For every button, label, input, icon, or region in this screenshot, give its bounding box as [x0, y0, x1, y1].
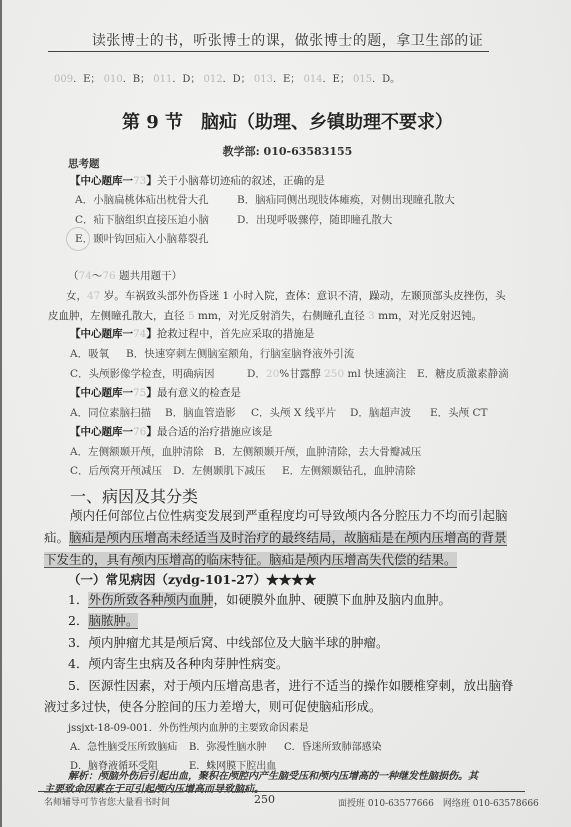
highlighted-text: 脑脓肿。 — [88, 613, 138, 629]
q73-option-e: E．颞叶钩回疝入小脑幕裂孔 — [75, 231, 209, 246]
q73-option-c: C．疝下脑组织直接压迫小脑 — [75, 212, 209, 227]
importance-stars: ★★★★ — [266, 572, 316, 587]
etiology-paragraph-line-2: 疝。脑疝是颅内压增高未经适当及时治疗的最终结局，故脑疝是在颅内压增高的背景 — [44, 527, 507, 549]
document-page: 读张博士的书，听张博士的课，做张博士的题，拿卫生部的证 009．E； 010．B… — [0, 0, 571, 827]
shared-stem-label: （74～76 题共用题干） — [68, 268, 182, 283]
q74-option-a: A．吸氧 — [70, 346, 109, 361]
q76-option-a: A．左侧额颞开颅，血肿清除 — [70, 444, 204, 459]
highlighted-text: 下发生的，具有颅内压增高的临床特征。脑疝是颅内压增高失代偿的结果。 — [44, 552, 457, 568]
highlighted-text: 脑疝是颅内压增高未经适当及时治疗的最终结局，故脑疝是在颅内压增高的背景 — [69, 530, 507, 546]
q76-option-b: B．左侧额颞开颅，血肿清除，去大骨瓣减压 — [214, 444, 421, 459]
case-description-line-1: 女，47 岁。车祸致头部外伤昏迷 1 小时入院，查体：意识不清，躁动，左颞顶部头… — [66, 288, 506, 303]
cause-item-5-line-1: 5．医源性因素，对于颅内压增高患者，进行不适当的操作如腰椎穿刺，放出脑脊 — [68, 676, 513, 694]
q76-option-c: C．后颅窝开颅减压 — [70, 463, 162, 478]
etiology-paragraph-line-3: 下发生的，具有颅内压增高的临床特征。脑疝是颅内压增高失代偿的结果。 — [44, 549, 457, 571]
cause-item-1: 1．外伤所致各种颅内血肿，如硬膜外血肿、硬膜下血肿及脑内血肿。 — [68, 590, 451, 608]
running-header: 读张博士的书，听张博士的课，做张博士的题，拿卫生部的证 — [2, 30, 571, 50]
analysis-line-2: 主要致命因素在于可引起颅内压增高而导致脑疝。 — [44, 780, 264, 795]
q75-option-d: D．脑超声波 — [350, 405, 411, 420]
section-title: 第 9 节 脑疝（助理、乡镇助理不要求） — [2, 108, 571, 134]
q75-option-e: E．头颅 CT — [430, 405, 488, 420]
practice-option-a: A．急性脑受压所致脑疝 — [70, 738, 177, 753]
q73-option-b: B．脑疝同侧出现肢体瘫痪，对侧出现瞳孔散大 — [237, 192, 455, 207]
q76-option-d: D．左侧颞肌下减压 — [173, 463, 265, 478]
question-73-stem: 【中心题库一73】关于小脑幕切迹疝的叙述，正确的是 — [70, 173, 325, 188]
q75-option-c: C．头颅 X 线平片 — [251, 405, 336, 420]
thinking-questions-label: 思考题 — [68, 156, 100, 171]
case-description-line-2: 皮血肿，左侧瞳孔散大，直径 5 mm，对光反射消失，右侧瞳孔直径 3 mm，对光… — [48, 308, 482, 323]
page-number: 250 — [254, 793, 275, 806]
q75-option-b: B．脑血管造影 — [165, 405, 236, 420]
common-causes-heading: （一）常见病因（zydg-101-27）★★★★ — [68, 570, 316, 588]
q73-option-a: A．小脑扁桃体疝出枕骨大孔 — [75, 192, 209, 207]
question-75-stem: 【中心题库一75】最有意义的检查是 — [70, 385, 241, 400]
question-74-stem: 【中心题库一74】抢救过程中，首先应采取的措施是 — [70, 326, 314, 341]
footer-contact: 面授班 010-63577666 网络班 010-63578666 — [338, 796, 539, 809]
question-76-stem: 【中心题库一76】最合适的治疗措施应该是 — [70, 424, 272, 439]
previous-answers: 009．E； 010．B； 011．D； 012．D； 013．E； 014．E… — [54, 70, 400, 85]
etiology-paragraph-line-1: 颅内任何部位占位性病变发展到严重程度均可导致颅内各分腔压力不均而引起脑 — [70, 505, 508, 527]
q74-option-d: D．20%甘露醇 250 ml 快速滴注 — [247, 366, 406, 381]
practice-option-c: C．昏迷所致肺部感染 — [284, 738, 382, 753]
footer-tagline: 名师辅导可节省您大量看书时间 — [44, 795, 170, 808]
footer-divider — [38, 791, 525, 792]
q76-option-e: E．左侧额颞钻孔，血肿清除 — [282, 463, 416, 478]
cause-item-5-line-2: 液过多过快，使各分腔间的压力差增大，则可促使脑疝形成。 — [44, 697, 382, 715]
cause-item-4: 4．颅内寄生虫病及各种肉芽肿性病变。 — [68, 654, 288, 672]
cause-item-3: 3．颅内肿瘤尤其是颅后窝、中线部位及大脑半球的肿瘤。 — [68, 633, 388, 651]
highlighted-text: 外伤所致各种颅内血肿 — [88, 592, 213, 608]
practice-question-stem: jssjxt-18-09-001．外伤性颅内血肿的主要致命因素是 — [68, 719, 309, 734]
q74-option-b: B．快速穿刺左侧脑室额角，行脑室脑脊液外引流 — [126, 346, 354, 361]
q74-option-e: E．糖皮质激素静滴 — [417, 366, 509, 381]
q74-option-c: C．头颅影像学检查，明确病因 — [70, 366, 215, 381]
q75-option-a: A．同位素脑扫描 — [70, 405, 151, 420]
etiology-heading: 一、病因及其分类 — [70, 484, 198, 507]
header-divider — [48, 51, 489, 52]
q73-option-d: D．出现呼吸骤停，随即瞳孔散大 — [237, 212, 392, 227]
cause-item-2: 2．脑脓肿。 — [68, 611, 138, 629]
practice-option-b: B．弥漫性脑水肿 — [189, 738, 266, 753]
